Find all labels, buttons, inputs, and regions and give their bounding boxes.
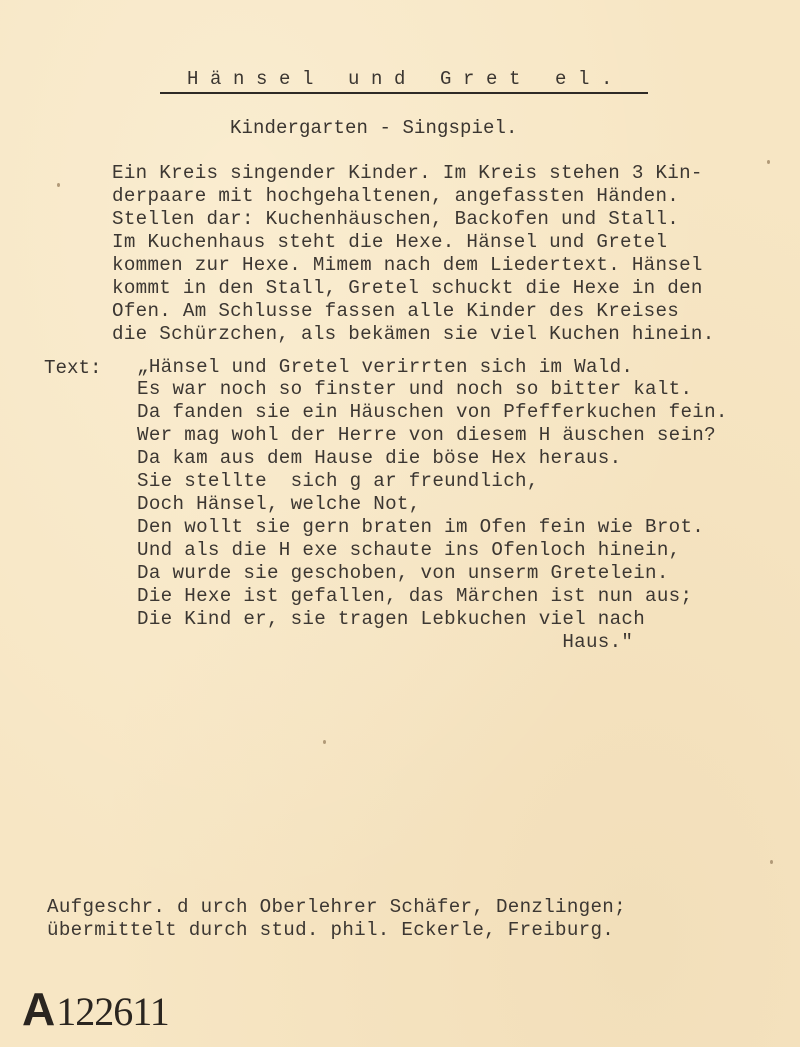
verse-line: Den wollt sie gern braten im Ofen fein w… [137,516,704,538]
intro-line: die Schürzchen, als bekämen sie viel Kuc… [112,323,715,345]
intro-line: Ein Kreis singender Kinder. Im Kreis ste… [112,162,703,184]
title-underline [160,92,648,94]
verse-line: Da fanden sie ein Häuschen von Pfefferku… [137,401,728,423]
archive-number-stamp: A122611 [22,982,169,1036]
verse-line: Die Kind er, sie tragen Lebkuchen viel n… [137,608,645,630]
archive-letter: A [22,983,56,1035]
intro-line: kommen zur Hexe. Mimem nach dem Liederte… [112,254,703,276]
attribution-line: Aufgeschr. d urch Oberlehrer Schäfer, De… [47,896,626,918]
verse-line: Wer mag wohl der Herre von diesem H äusc… [137,424,716,446]
verse-line: „Hänsel und Gretel verirrten sich im Wal… [137,356,633,378]
attribution-line: übermittelt durch stud. phil. Eckerle, F… [47,919,614,941]
verse-line: Und als die H exe schaute ins Ofenloch h… [137,539,680,561]
paper-speck [770,860,773,864]
intro-line: kommt in den Stall, Gretel schuckt die H… [112,277,703,299]
verse-line: Die Hexe ist gefallen, das Märchen ist n… [137,585,692,607]
paper-speck [767,160,770,164]
verse-line: Haus." [137,631,633,653]
verse-line: Doch Hänsel, welche Not, [137,493,421,515]
paper-speck [57,183,60,187]
paper-speck [323,740,326,744]
archive-digits: 122611 [56,989,169,1034]
verse-line: Da wurde sie geschoben, von unserm Grete… [137,562,669,584]
verse-line: Da kam aus dem Hause die böse Hex heraus… [137,447,621,469]
verse-line: Es war noch so finster und noch so bitte… [137,378,692,400]
intro-line: Ofen. Am Schlusse fassen alle Kinder des… [112,300,679,322]
intro-line: derpaare mit hochgehaltenen, angefassten… [112,185,679,207]
verse-line: Sie stellte sich g ar freundlich, [137,470,539,492]
intro-line: Im Kuchenhaus steht die Hexe. Hänsel und… [112,231,667,253]
document-title: Hänsel und Gret el. [187,68,637,90]
intro-line: Stellen dar: Kuchenhäuschen, Backofen un… [112,208,679,230]
text-label: Text: [44,357,102,379]
document-subtitle: Kindergarten - Singspiel. [230,117,518,139]
